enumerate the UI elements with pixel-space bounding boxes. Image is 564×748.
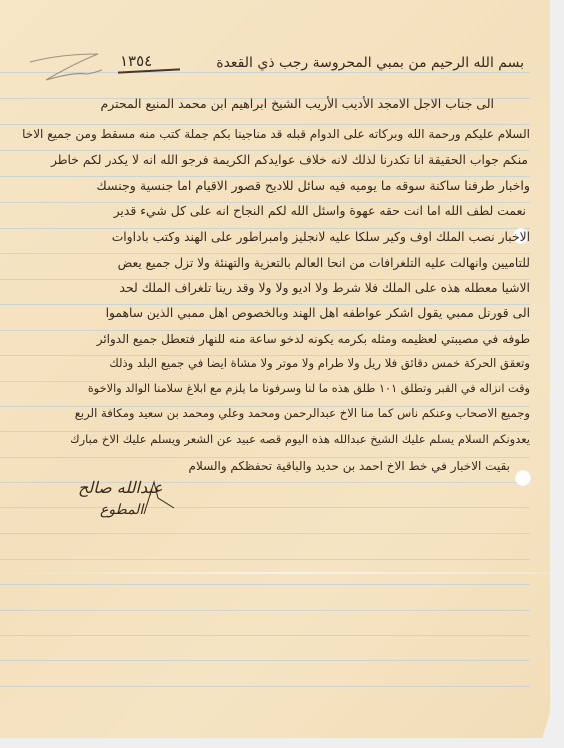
letter-date: ١٣٥٤ — [120, 52, 152, 70]
letter-header-basmala: بسم الله الرحيم من بمبي المحروسة رجب ذي … — [216, 56, 524, 70]
body-line: للتاميين وانهالت عليه التلغرافات من انحا… — [118, 257, 530, 269]
ruled-line — [0, 610, 530, 611]
body-line: بقيت الاخبار في خط الاخ احمد بن حديد وال… — [189, 460, 510, 472]
ruled-line — [0, 686, 530, 687]
ruled-line — [0, 124, 530, 125]
paper-fold-crease — [0, 572, 550, 574]
ruled-line — [0, 228, 530, 229]
signature-subscript: المطوع — [100, 502, 143, 518]
ruled-line — [0, 304, 530, 305]
ruled-line — [0, 253, 530, 254]
letter-paper: بسم الله الرحيم من بمبي المحروسة رجب ذي … — [0, 0, 550, 738]
body-line: السلام عليكم ورحمة الله وبركاته على الدو… — [22, 128, 530, 140]
body-line: نعمت لطف الله اما انت حقه عهوة واسئل الل… — [114, 205, 526, 217]
ruled-line — [0, 533, 530, 534]
ruled-line — [0, 635, 530, 636]
letter-addressee: الى جناب الاجل الامجد الأديب الأريب الشي… — [100, 98, 494, 111]
ruled-line — [0, 507, 530, 508]
ruled-line — [0, 176, 530, 177]
ruled-line — [0, 660, 530, 661]
body-line: الاخبار نصب الملك اوف وكير سلكا عليه لان… — [112, 231, 530, 243]
body-line: وجميع الاصحاب وعنكم ناس كما منا الاخ عبد… — [75, 408, 530, 420]
body-line: الى قورنل ممبي يقول اشكر عواطفه اهل الهن… — [106, 307, 530, 319]
ruled-line — [0, 150, 530, 151]
body-line: وتعقق الحركة خمس دقائق فلا ريل ولا طرام … — [109, 358, 530, 370]
ruled-line — [0, 584, 530, 585]
body-line: طوفه في مصيبتي لعظيمه ومثله بكرمه يكونه … — [97, 333, 530, 345]
body-line: منكم جواب الحقيقة انا تكدرنا لذلك لانه خ… — [51, 154, 528, 166]
ruled-line — [0, 559, 530, 560]
punch-hole-bottom — [515, 470, 531, 486]
body-line: يعدونكم السلام يسلم عليك الشيخ عبدالله ه… — [70, 434, 530, 446]
ruled-line — [0, 330, 530, 331]
pencil-scribble-icon — [28, 52, 108, 92]
ruled-line — [0, 457, 530, 458]
body-line: الاشيا معطله هذه على الملك فلا شرط ولا ا… — [120, 282, 530, 294]
body-line: واخبار طرفنا ساكنة سوقه ما يوميه فيه سائ… — [96, 180, 530, 193]
signature-flourish-icon — [140, 478, 180, 518]
body-line: وقت انزاله في القبر وتطلق ١٠١ طلق هذه ما… — [88, 383, 530, 394]
